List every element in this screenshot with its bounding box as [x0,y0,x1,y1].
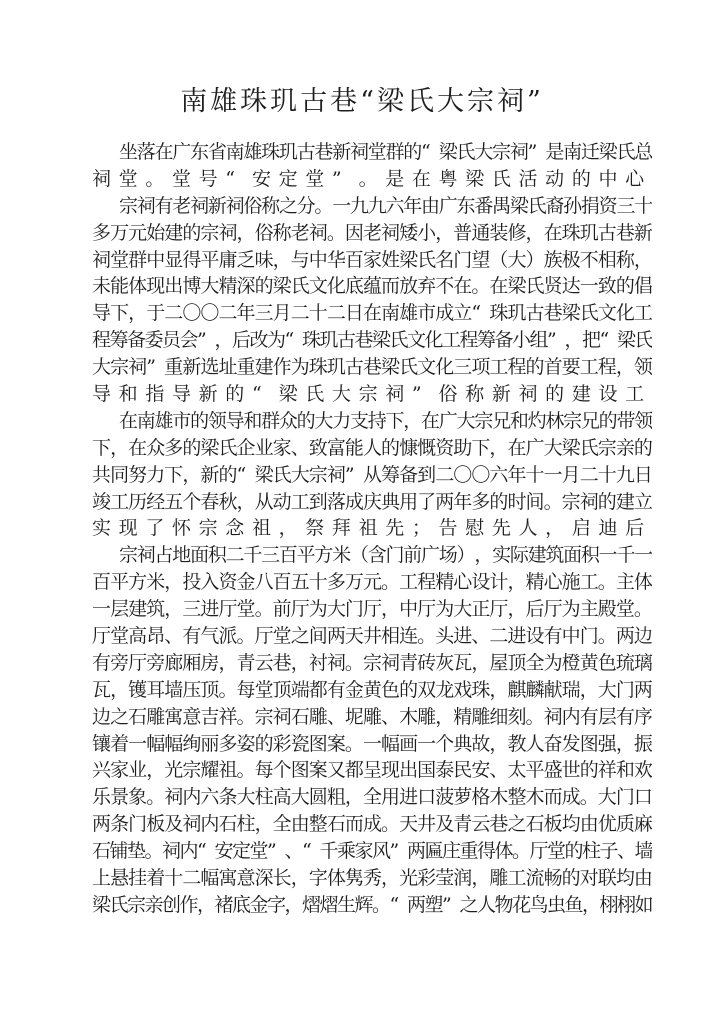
text-line: 镶着一幅幅绚丽多姿的彩瓷图案。一幅画一个典故，教人奋发图强，振 [92,731,652,758]
text-line: 导下，于二〇〇二年三月二十二日在南雄市成立“珠玑古巷梁氏文化工 [92,300,652,327]
text-line: 竣工历经五个春秋，从动工到落成庆典用了两年多的时间。宗祠的建立 [92,489,652,516]
text-line: 边之石雕寓意吉祥。宗祠石雕、坭雕、木雕，精雕细刻。祠内有层有序 [92,704,652,731]
document-page: 南雄珠玑古巷“梁氏大宗祠” 坐落在广东省南雄珠玑古巷新祠堂群的“梁氏大宗祠”是南… [0,0,724,1024]
text-line: 祠堂。堂号“安定堂”。是在粤梁氏活动的中心场所。 [92,166,652,193]
text-line: 有旁厅旁廊厢房，青云巷，衬祠。宗祠青砖灰瓦，屋顶全为橙黄色琉璃 [92,650,652,677]
text-line: 导和指导新的“梁氏大宗祠”俗称新祠的建设工作。 [92,381,652,408]
text-line: 百平方米，投入资金八百五十多万元。工程精心设计，精心施工。主体 [92,569,652,596]
text-line: 石铺垫。祠内“安定堂”、“千乘家风”两匾庄重得体。厅堂的柱子、墙 [92,838,652,865]
text-line: 实现了怀宗念祖，祭拜祖先；告慰先人，启迪后昆之夙愿。 [92,515,652,542]
text-line: 兴家业，光宗耀祖。每个图案又都呈现出国泰民安、太平盛世的祥和欢 [92,757,652,784]
document-body: 坐落在广东省南雄珠玑古巷新祠堂群的“梁氏大宗祠”是南迁梁氏总 祠堂。堂号“安定堂… [92,139,652,919]
text-line: 乐景象。祠内六条大柱高大圆粗，全用进口菠萝格木整木而成。大门口 [92,784,652,811]
text-line: 一层建筑，三进厅堂。前厅为大门厅，中厅为大正厅，后厅为主殿堂。 [92,596,652,623]
text-line: 瓦，镬耳墙压顶。每堂顶端都有金黄色的双龙戏珠，麒麟献瑞，大门两 [92,677,652,704]
text-line: 宗祠占地面积二千三百平方米（含门前广场），实际建筑面积一千一 [92,542,652,569]
text-line: 大宗祠”重新选址重建作为珠玑古巷梁氏文化三项工程的首要工程，领 [92,354,652,381]
text-line: 上悬挂着十二幅寓意深长，字体隽秀，光彩莹润，雕工流畅的对联均由 [92,865,652,892]
text-line: 坐落在广东省南雄珠玑古巷新祠堂群的“梁氏大宗祠”是南迁梁氏总 [92,139,652,166]
text-line: 两条门板及祠内石柱，全由整石而成。天井及青云巷之石板均由优质麻 [92,811,652,838]
text-line: 宗祠有老祠新祠俗称之分。一九九六年由广东番禺梁氏裔孙捐资三十 [92,193,652,220]
text-line: 在南雄市的领导和群众的大力支持下，在广大宗兄和灼林宗兄的带领 [92,408,652,435]
text-line: 多万元始建的宗祠，俗称老祠。因老祠矮小，普通装修，在珠玑古巷新 [92,220,652,247]
text-line: 未能体现出博大精深的梁氏文化底蕴而放弃不在。在梁氏贤达一致的倡 [92,273,652,300]
text-line: 下，在众多的梁氏企业家、致富能人的慷慨资助下，在广大梁氏宗亲的 [92,435,652,462]
text-line: 程筹备委员会”，后改为“珠玑古巷梁氏文化工程筹备小组”，把“梁氏 [92,327,652,354]
text-line: 厅堂高昂、有气派。厅堂之间两天井相连。头进、二进设有中门。两边 [92,623,652,650]
text-line: 祠堂群中显得平庸乏味，与中华百家姓梁氏名门望（大）族极不相称， [92,247,652,274]
document-title: 南雄珠玑古巷“梁氏大宗祠” [0,84,724,120]
text-line: 共同努力下，新的“梁氏大宗祠”从筹备到二〇〇六年十一月二十九日 [92,462,652,489]
text-line: 梁氏宗亲创作，褚底金字，熠熠生辉。“两塑”之人物花鸟虫鱼，栩栩如 [92,892,652,919]
